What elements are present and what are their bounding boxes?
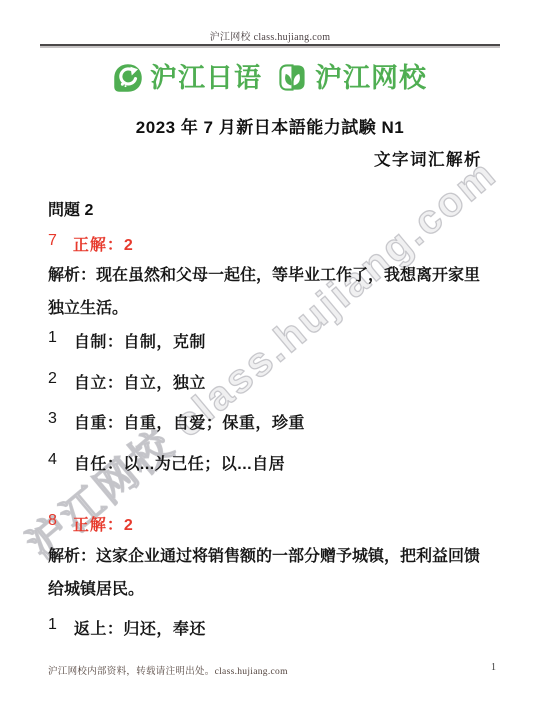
question-number: 8 (48, 512, 57, 535)
option-text: 自任：以...为己任；以...自居 (74, 451, 285, 474)
question-8-option-1: 1 返上：归还，奉还 (48, 616, 206, 639)
correct-answer-label: 正解：2 (73, 512, 134, 535)
option-text: 自制：自制，克制 (74, 329, 206, 352)
question-number: 7 (48, 232, 57, 255)
document-subtitle: 文字词汇解析 (374, 146, 482, 170)
footer-note: 沪江网校内部资料，转载请注明出处。class.hujiang.com (48, 663, 288, 677)
question-8-analysis: 解析：这家企业通过将销售额的一部分赠予城镇，把利益回馈给城镇居民。 (48, 540, 488, 606)
correct-answer-label: 正解：2 (73, 232, 134, 255)
option-text: 自立：自立，独立 (74, 370, 206, 393)
option-text: 返上：归还，奉还 (74, 616, 206, 639)
document-title: 2023 年 7 月新日本語能力試験 N1 (0, 113, 540, 138)
document-page: 沪江网校 class.hujiang.com 沪江网校 class.hujian… (0, 0, 540, 720)
option-number: 3 (48, 410, 57, 433)
option-number: 1 (48, 616, 57, 639)
hujiang-wangxiao-sprout-icon (278, 63, 308, 93)
question-7-option-4: 4 自任：以...为己任；以...自居 (48, 451, 285, 474)
hujiang-wangxiao-logo-text: 沪江网校 (315, 63, 427, 93)
page-number: 1 (491, 662, 496, 673)
option-number: 2 (48, 370, 57, 393)
running-header: 沪江网校 class.hujiang.com (0, 28, 540, 43)
option-text: 自重：自重，自爱；保重，珍重 (74, 410, 305, 433)
header-divider (40, 44, 500, 46)
question-7-option-1: 1 自制：自制，克制 (48, 329, 206, 352)
question-8-answer-head: 8 正解：2 (48, 512, 134, 535)
section-heading: 問題 2 (48, 197, 93, 220)
hujiang-japanese-bubble-arrow-icon (113, 63, 143, 93)
option-number: 4 (48, 451, 57, 474)
option-number: 1 (48, 329, 57, 352)
question-7-analysis: 解析：现在虽然和父母一起住，等毕业工作了，我想离开家里独立生活。 (48, 259, 488, 325)
question-7-option-3: 3 自重：自重，自爱；保重，珍重 (48, 410, 305, 433)
brand-logo-row: 沪江日语 沪江网校 (0, 63, 540, 93)
hujiang-japanese-logo-text: 沪江日语 (150, 63, 262, 93)
question-7-option-2: 2 自立：自立，独立 (48, 370, 206, 393)
question-7-answer-head: 7 正解：2 (48, 232, 134, 255)
